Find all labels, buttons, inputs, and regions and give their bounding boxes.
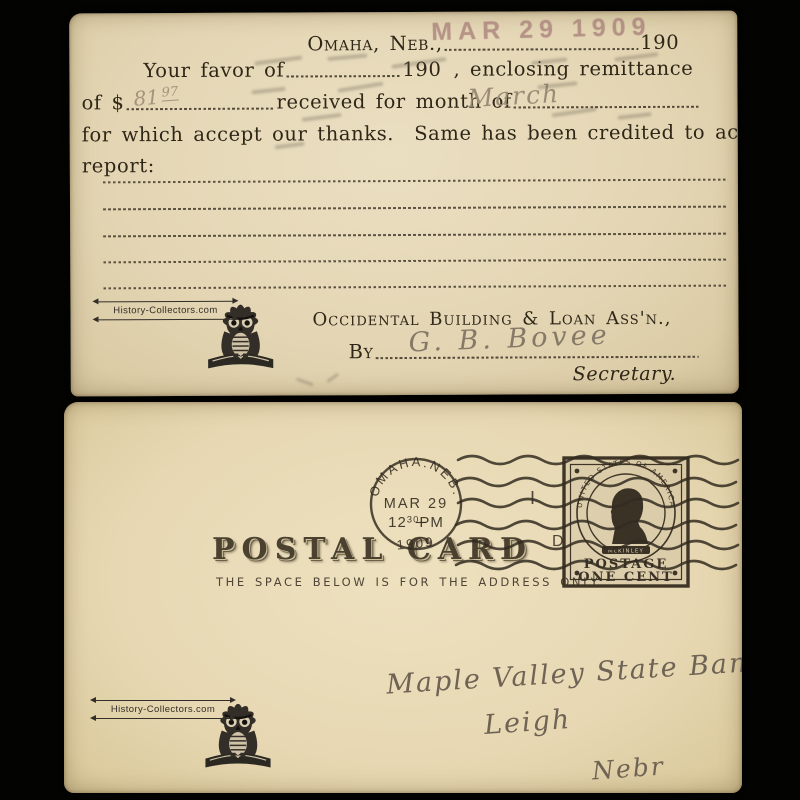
pencil-smudge	[302, 113, 342, 122]
blank-ruled-line	[103, 206, 726, 211]
postmark-year: 1909	[396, 534, 435, 552]
secretary-label: Secretary.	[573, 363, 677, 385]
address-line-3: Nebr	[591, 752, 665, 786]
address-line-1: Maple Valley State Bank	[385, 646, 742, 700]
cancel-letter-i: I	[530, 488, 535, 508]
thanks-line: for which accept our thanks. Same has be…	[82, 120, 739, 147]
pencil-smudge	[618, 112, 652, 120]
report-line: report:	[82, 154, 155, 177]
amount-dollars: 81	[133, 85, 160, 111]
by-label: By	[349, 340, 374, 363]
address-line-2: Leigh	[483, 704, 572, 741]
collector-watermark: History-Collectors.com	[90, 299, 240, 323]
favor-tail: , enclosing remittance	[453, 57, 693, 81]
amount-cents: 97	[161, 84, 179, 101]
postal-card: POSTAL CARD THE SPACE BELOW IS FOR THE A…	[64, 402, 742, 793]
pencil-smudge	[296, 377, 314, 386]
blank-ruled-line	[103, 259, 726, 264]
handwritten-amount: 8197	[133, 83, 180, 110]
postmark-date: MAR 29	[384, 496, 448, 512]
blank-ruled-line	[103, 179, 726, 184]
owl-on-book-icon	[165, 298, 315, 373]
collector-watermark: History-Collectors.com	[88, 698, 238, 721]
favor-dotted-line	[286, 75, 400, 77]
watermark-rule-top	[92, 700, 234, 701]
blank-ruled-line	[103, 285, 726, 290]
dateline-city: Omaha, Neb.,	[307, 32, 442, 56]
cancel-letter-d: D	[552, 533, 564, 550]
photo-background: Omaha, Neb., 190 MAR 29 1909 Your favor …	[0, 0, 800, 800]
watermark-rule-bottom	[92, 718, 234, 719]
amount-lead: of $	[82, 91, 125, 114]
received-date-stamp: MAR 29 1909	[431, 13, 652, 48]
pencil-smudge	[326, 373, 339, 384]
receipt-card: Omaha, Neb., 190 MAR 29 1909 Your favor …	[69, 11, 739, 397]
cancellation-waves: I D	[442, 446, 742, 586]
blank-ruled-line	[103, 233, 726, 238]
owl-on-book-icon	[163, 698, 313, 772]
dateline-dotted-line	[445, 48, 639, 51]
